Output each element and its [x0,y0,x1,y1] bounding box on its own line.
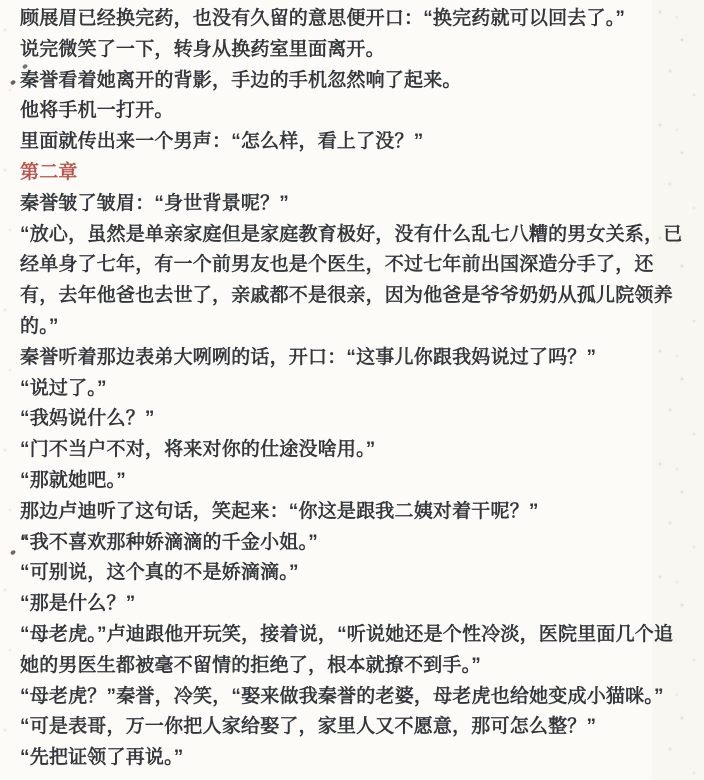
text-line: 秦誉听着那边表弟大咧咧的话，开口：“这事儿你跟我妈说过了吗？” [20,343,704,374]
text-line: 秦誉皱了皱眉：“身世背景呢？” [20,189,704,220]
text-line: 秦誉看着她离开的背影，手边的手机忽然响了起来。 [20,66,704,97]
text-line: “说过了。” [20,374,704,405]
text-line: 她的男医生都被毫不留情的拒绝了，根本就撩不到手。” [20,651,704,682]
text-line: 有，去年他爸也去世了，亲戚都不是很亲，因为他爸是爷爷奶奶从孤儿院领养 [20,281,704,312]
text-line: “先把证领了再说。” [20,743,704,774]
text-line: “母老虎？”秦誉，冷笑，“娶来做我秦誉的老婆，母老虎也给她变成小猫咪。” [20,682,704,713]
chapter-heading: 第二章 [20,158,704,189]
text-line: “门不当户不对，将来对你的仕途没啥用。” [20,435,704,466]
text-line: “母老虎。”卢迪跟他开玩笑，接着说，“听说她还是个性冷淡，医院里面几个追 [20,620,704,651]
text-line: 里面就传出来一个男声：“怎么样，看上了没？” [20,127,704,158]
novel-text-page: 顾展眉已经换完药，也没有久留的意思便开口：“换完药就可以回去了。” 说完微笑了一… [0,0,704,774]
text-line: 经单身了七年，有一个前男友也是个医生，不过七年前出国深造分手了，还 [20,250,704,281]
text-line: 顾展眉已经换完药，也没有久留的意思便开口：“换完药就可以回去了。” [20,4,704,35]
text-line: 他将手机一打开。 [20,96,704,127]
text-line: 的。” [20,312,704,343]
text-line: 说完微笑了一下，转身从换药室里面离开。 [20,35,704,66]
text-line: “可是表哥，万一你把人家给娶了，家里人又不愿意，那可怎么整？” [20,712,704,743]
text-line: “放心，虽然是单亲家庭但是家庭教育极好，没有什么乱七八糟的男女关系，已 [20,220,704,251]
text-line: “那是什么？” [20,589,704,620]
text-line: 那边卢迪听了这句话，笑起来：“你这是跟我二姨对着干呢？” [20,497,704,528]
text-line: “我妈说什么？” [20,404,704,435]
text-line: “那就她吧。” [20,466,704,497]
text-line: “我不喜欢那种娇滴滴的千金小姐。” [20,528,704,559]
text-line: “可别说，这个真的不是娇滴滴。” [20,558,704,589]
